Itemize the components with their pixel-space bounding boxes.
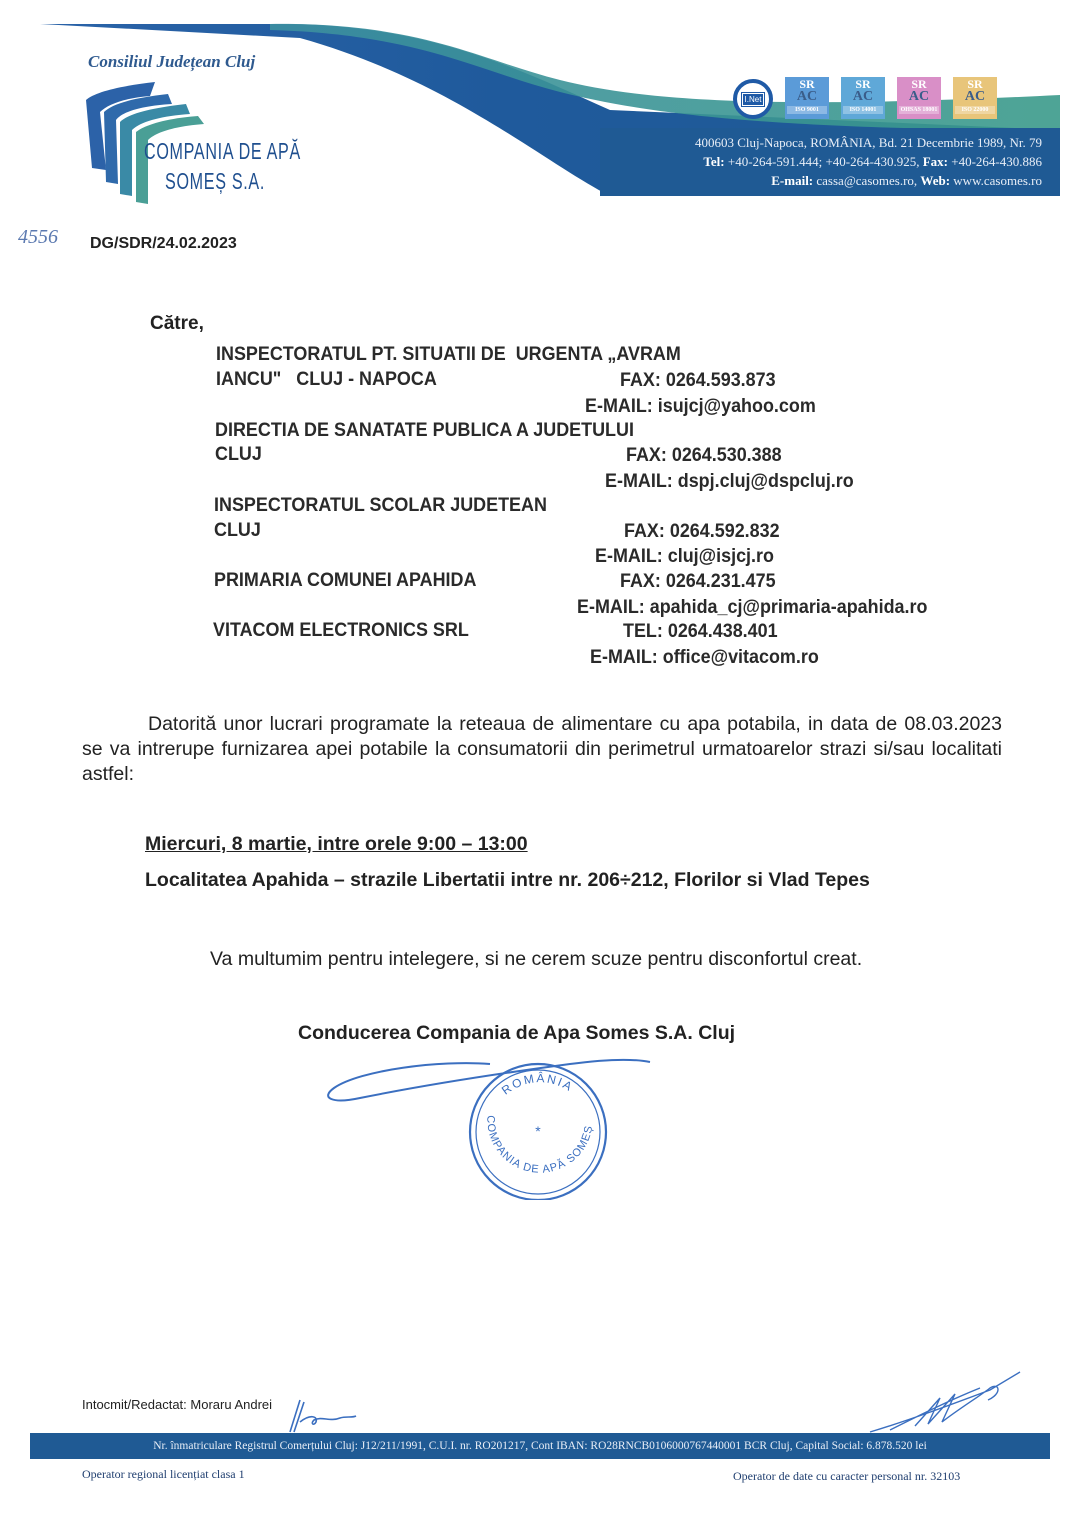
recipient-name: DIRECTIA DE SANATATE PUBLICA A JUDETULUI [215,419,634,442]
recipient-email[interactable]: E-MAIL: office@vitacom.ro [590,646,819,669]
company-stamp-icon: * ROMÂNIA COMPANIA DE APĂ SOMEȘ S.A. [320,1050,606,1200]
company-phone-fax: Tel: +40-264-591.444; +40-264-430.925, F… [695,152,1042,171]
council-name: Consiliul Județean Cluj [88,52,255,72]
company-email-link[interactable]: cassa@casomes.ro, [816,173,917,188]
company-registry-bar: Nr. înmatriculare Registrul Comerțului C… [30,1433,1050,1459]
company-logo-text: COMPANIA DE APĂ SOMEȘ S.A. [144,136,301,196]
iso-22000-badge-icon: SRACISO 22000 [953,77,997,119]
svg-text:COMPANIA DE APĂ SOMEȘ S.A.: COMPANIA DE APĂ SOMEȘ S.A. [320,1050,595,1176]
recipient-email[interactable]: E-MAIL: apahida_cj@primaria-apahida.ro [577,596,927,619]
svg-text:*: * [535,1123,541,1139]
recipient-email[interactable]: E-MAIL: dspj.cluj@dspcluj.ro [605,470,854,493]
company-address: 400603 Cluj-Napoca, ROMÂNIA, Bd. 21 Dece… [695,133,1042,152]
recipient-name: IANCU" CLUJ - NAPOCA [216,368,437,391]
signature-and-stamp: * ROMÂNIA COMPANIA DE APĂ SOMEȘ S.A. [320,1050,660,1200]
recipient-name: INSPECTORATUL PT. SITUATII DE URGENTA „A… [216,343,681,366]
company-name-line1: COMPANIA DE APĂ [144,136,301,166]
apology-line: Va multumim pentru intelegere, si ne cer… [210,948,862,971]
salutation: Către, [150,313,204,335]
document-reference: DG/SDR/24.02.2023 [90,235,237,253]
recipient-name: VITACOM ELECTRONICS SRL [213,619,469,642]
recipient-name: CLUJ [215,443,262,466]
company-contact-block: 400603 Cluj-Napoca, ROMÂNIA, Bd. 21 Dece… [695,133,1042,190]
company-web-link[interactable]: www.casomes.ro [953,173,1042,188]
secondary-signature-icon [860,1360,1040,1440]
affected-location: Localitatea Apahida – strazile Libertati… [145,869,870,892]
company-email-web: E-mail: cassa@casomes.ro, Web: www.casom… [695,171,1042,190]
certification-badges: I.Net SRACISO 9001 SRACISO 14001 SRACOHS… [733,77,997,119]
operator-license-note: Operator regional licențiat clasa 1 [82,1467,245,1482]
data-operator-note: Operator de date cu caracter personal nr… [733,1469,960,1484]
recipient-fax: FAX: 0264.592.832 [624,520,780,543]
notice-paragraph: Datorită unor lucrari programate la rete… [82,712,1002,787]
interruption-schedule: Miercuri, 8 martie, intre orele 9:00 – 1… [145,833,528,856]
recipient-name: PRIMARIA COMUNEI APAHIDA [214,569,476,592]
recipient-fax: FAX: 0264.593.873 [620,369,776,392]
recipient-email[interactable]: E-MAIL: cluj@isjcj.ro [595,545,774,568]
recipient-email[interactable]: E-MAIL: isujcj@yahoo.com [585,395,816,418]
ohsas-18001-badge-icon: SRACOHSAS 18001 [897,77,941,119]
author-signature-icon [270,1392,370,1437]
iso-9001-badge-icon: SRACISO 9001 [785,77,829,119]
prepared-by: Intocmit/Redactat: Moraru Andrei [82,1397,272,1412]
recipient-name: CLUJ [214,519,261,542]
signatory: Conducerea Compania de Apa Somes S.A. Cl… [298,1022,735,1045]
recipient-fax: FAX: 0264.530.388 [626,444,782,467]
iso-14001-badge-icon: SRACISO 14001 [841,77,885,119]
company-name-line2: SOMEȘ S.A. [144,166,301,196]
svg-text:ROMÂNIA: ROMÂNIA [499,1070,576,1097]
recipient-phone: TEL: 0264.438.401 [623,620,778,643]
recipient-name: INSPECTORATUL SCOLAR JUDETEAN [214,494,547,517]
handwritten-registration-number: 4556 [18,226,58,249]
inet-certification-icon: I.Net [733,79,773,119]
recipient-fax: FAX: 0264.231.475 [620,570,776,593]
